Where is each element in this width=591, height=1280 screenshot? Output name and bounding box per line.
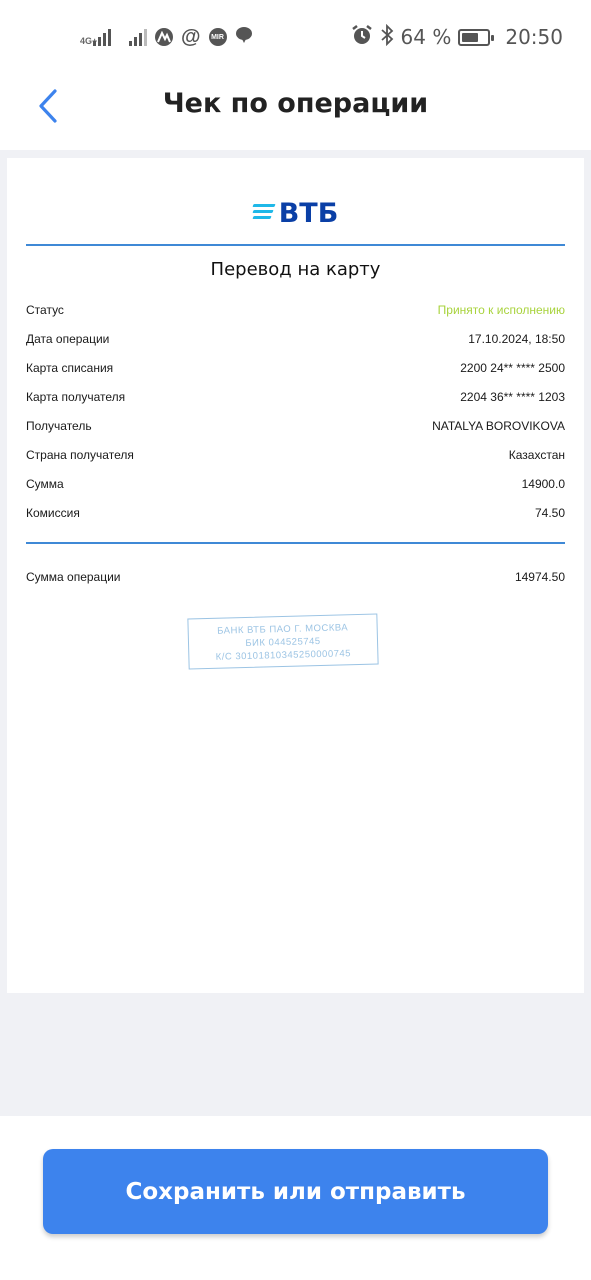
alarm-icon [351, 24, 373, 51]
receipt-title: Перевод на карту [7, 259, 584, 280]
detail-row-recipient-card: Карта получателя 2204 36** **** 1203 [26, 382, 565, 411]
detail-row-recipient: Получатель NATALYA BOROVIKOVA [26, 411, 565, 440]
bank-stamp: БАНК ВТБ ПАО Г. МОСКВА БИК 044525745 К/С… [187, 614, 378, 670]
signal-icon [129, 28, 147, 46]
detail-label: Карта списания [26, 361, 113, 375]
detail-value: NATALYA BOROVIKOVA [432, 419, 565, 433]
receipt-card: ВТБ Перевод на карту Статус Принято к ис… [7, 158, 584, 993]
mir-icon: MIR [209, 28, 227, 46]
status-bar-right: 64 % 20:50 [351, 24, 563, 50]
detail-label: Комиссия [26, 506, 80, 520]
receipt-details: Статус Принято к исполнению Дата операци… [26, 295, 565, 527]
vtb-logo-text: ВТБ [279, 198, 339, 229]
status-value: Принято к исполнению [438, 303, 565, 317]
divider [26, 542, 565, 544]
content-area: ВТБ Перевод на карту Статус Принято к ис… [0, 150, 591, 1116]
detail-label: Карта получателя [26, 390, 125, 404]
detail-value: Казахстан [509, 448, 565, 462]
detail-row-status: Статус Принято к исполнению [26, 295, 565, 324]
battery-percent: 64 % [401, 25, 452, 49]
detail-label: Сумма [26, 477, 64, 491]
detail-label: Получатель [26, 419, 92, 433]
detail-value: 74.50 [535, 506, 565, 520]
detail-row-source-card: Карта списания 2200 24** **** 2500 [26, 353, 565, 382]
status-bar: 4G+ @ MIR 64 % 20:50 [0, 0, 591, 72]
detail-value: 14900.0 [522, 477, 565, 491]
detail-row-fee: Комиссия 74.50 [26, 498, 565, 527]
mir-label: MIR [211, 34, 224, 41]
detail-label: Дата операции [26, 332, 109, 346]
detail-label: Страна получателя [26, 448, 134, 462]
battery-icon [458, 29, 490, 46]
vtb-logo: ВТБ [7, 198, 584, 229]
detail-row-country: Страна получателя Казахстан [26, 440, 565, 469]
signal-4g-icon: 4G+ [80, 28, 111, 46]
status-bar-left: 4G+ @ MIR [80, 24, 253, 50]
detail-value: 2200 24** **** 2500 [460, 361, 565, 375]
detail-value: 2204 36** **** 1203 [460, 390, 565, 404]
detail-row-amount: Сумма 14900.0 [26, 469, 565, 498]
email-at-icon: @ [181, 28, 201, 46]
total-row: Сумма операции 14974.50 [26, 562, 565, 591]
total-label: Сумма операции [26, 570, 121, 584]
save-or-send-button[interactable]: Сохранить или отправить [43, 1149, 548, 1234]
divider [26, 244, 565, 246]
bottom-bar: Сохранить или отправить [0, 1116, 591, 1280]
bluetooth-icon [380, 24, 394, 51]
detail-row-date: Дата операции 17.10.2024, 18:50 [26, 324, 565, 353]
page-title: Чек по операции [0, 88, 591, 119]
total-value: 14974.50 [515, 570, 565, 584]
clock: 20:50 [505, 25, 563, 49]
header: Чек по операции [0, 72, 591, 150]
chat-bubble-icon [235, 26, 253, 49]
vtb-logo-bars-icon [253, 204, 275, 219]
app-notification-icon [155, 28, 173, 46]
network-type-label: 4G+ [80, 37, 92, 46]
detail-value: 17.10.2024, 18:50 [468, 332, 565, 346]
detail-label: Статус [26, 303, 64, 317]
